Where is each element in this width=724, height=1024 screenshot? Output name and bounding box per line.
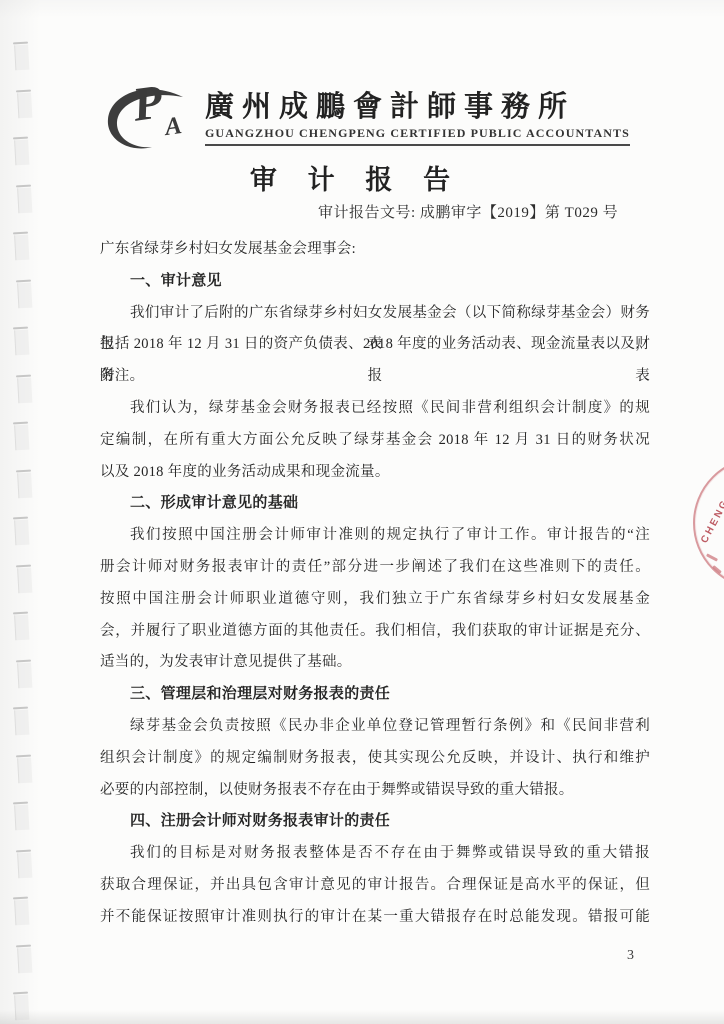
- section-heading: 一、审计意见: [100, 266, 650, 298]
- body-line: 必要的内部控制，以使财务报表不存在由于舞弊或错误导致的重大错报。: [100, 775, 650, 807]
- binding-mark: [16, 754, 31, 757]
- body-line: 包括 2018 年 12 月 31 日的资产负债表、2018 年度的业务活动表、…: [100, 329, 650, 361]
- binding-mark: [13, 517, 28, 520]
- body-line: 会，并履行了职业道德方面的其他责任。我们相信，我们获取的审计证据是充分、: [100, 616, 650, 648]
- binding-mark: [16, 279, 31, 282]
- binding-mark: [16, 564, 31, 567]
- body-line: 广东省绿芽乡村妇女发展基金会理事会:: [100, 234, 650, 266]
- body-line: 获取合理保证，并出具包含审计意见的审计报告。合理保证是高水平的保证，但: [100, 870, 650, 902]
- binding-mark: [13, 897, 28, 900]
- report-doc-number: 审计报告文号: 成鹏审字【2019】第 T029 号: [318, 201, 618, 222]
- firm-name-english: GUANGZHOU CHENGPENG CERTIFIED PUBLIC ACC…: [205, 126, 630, 141]
- section-heading: 二、形成审计意见的基础: [100, 488, 650, 520]
- binding-mark: [13, 422, 28, 425]
- binding-mark: [13, 992, 28, 995]
- section-heading: 三、管理层和治理层对财务报表的责任: [100, 679, 650, 711]
- page-number: 3: [627, 948, 634, 964]
- binding-mark: [13, 327, 28, 330]
- body-line: 册会计师对财务报表审计的责任”部分进一步阐述了我们在这些准则下的责任。: [100, 552, 650, 584]
- report-title: 审 计 报 告: [0, 158, 700, 197]
- binding-mark: [16, 659, 31, 662]
- scanned-audit-report-page: P A 廣州成鵬會計師事務所 GUANGZHOU CHENGPENG CERTI…: [0, 0, 724, 1024]
- firm-letterhead: P A 廣州成鵬會計師事務所 GUANGZHOU CHENGPENG CERTI…: [103, 84, 630, 154]
- binding-mark: [16, 89, 31, 92]
- cpa-logo: P A: [103, 84, 205, 154]
- binding-mark: [16, 374, 31, 377]
- binding-mark: [16, 944, 31, 947]
- firm-name-chinese: 廣州成鵬會計師事務所: [205, 92, 630, 124]
- binding-mark: [13, 137, 28, 140]
- body-line: 按照中国注册会计师职业道德守则，我们独立于广东省绿芽乡村妇女发展基金: [100, 584, 650, 616]
- body-line: 我们审计了后附的广东省绿芽乡村妇女发展基金会（以下简称绿芽基金会）财务报表，: [100, 298, 650, 330]
- body-line: 绿芽基金会负责按照《民办非企业单位登记管理暂行条例》和《民间非营利: [100, 711, 650, 743]
- binding-mark: [13, 612, 28, 615]
- scan-edge-shadow: [0, 1010, 724, 1024]
- body-text: 广东省绿芽乡村妇女发展基金会理事会:一、审计意见我们审计了后附的广东省绿芽乡村妇…: [100, 234, 650, 934]
- binding-mark: [13, 802, 28, 805]
- cpa-logo-letter-a: A: [163, 113, 183, 140]
- binding-mark: [13, 707, 28, 710]
- body-line: 我们按照中国注册会计师审计准则的规定执行了审计工作。审计报告的“注: [100, 520, 650, 552]
- binding-mark: [16, 849, 31, 852]
- binding-mark: [16, 469, 31, 472]
- body-line: 我们认为，绿芽基金会财务报表已经按照《民间非营利组织会计制度》的规: [100, 393, 650, 425]
- binding-mark: [13, 42, 28, 45]
- firm-names: 廣州成鵬會計師事務所 GUANGZHOU CHENGPENG CERTIFIED…: [205, 84, 630, 146]
- body-line: 定编制，在所有重大方面公允反映了绿芽基金会 2018 年 12 月 31 日的财…: [100, 425, 650, 457]
- body-line: 组织会计制度》的规定编制财务报表，使其实现公允反映，并设计、执行和维护: [100, 743, 650, 775]
- body-line: 以及 2018 年度的业务活动成果和现金流量。: [100, 457, 650, 489]
- body-line: 并不能保证按照审计准则执行的审计在某一重大错报存在时总能发现。错报可能: [100, 902, 650, 934]
- binding-mark: [13, 232, 28, 235]
- body-line: 适当的，为发表审计意见提供了基础。: [100, 647, 650, 679]
- section-heading: 四、注册会计师对财务报表审计的责任: [100, 806, 650, 838]
- body-line: 我们的目标是对财务报表整体是否不存在由于舞弊或错误导致的重大错报: [100, 838, 650, 870]
